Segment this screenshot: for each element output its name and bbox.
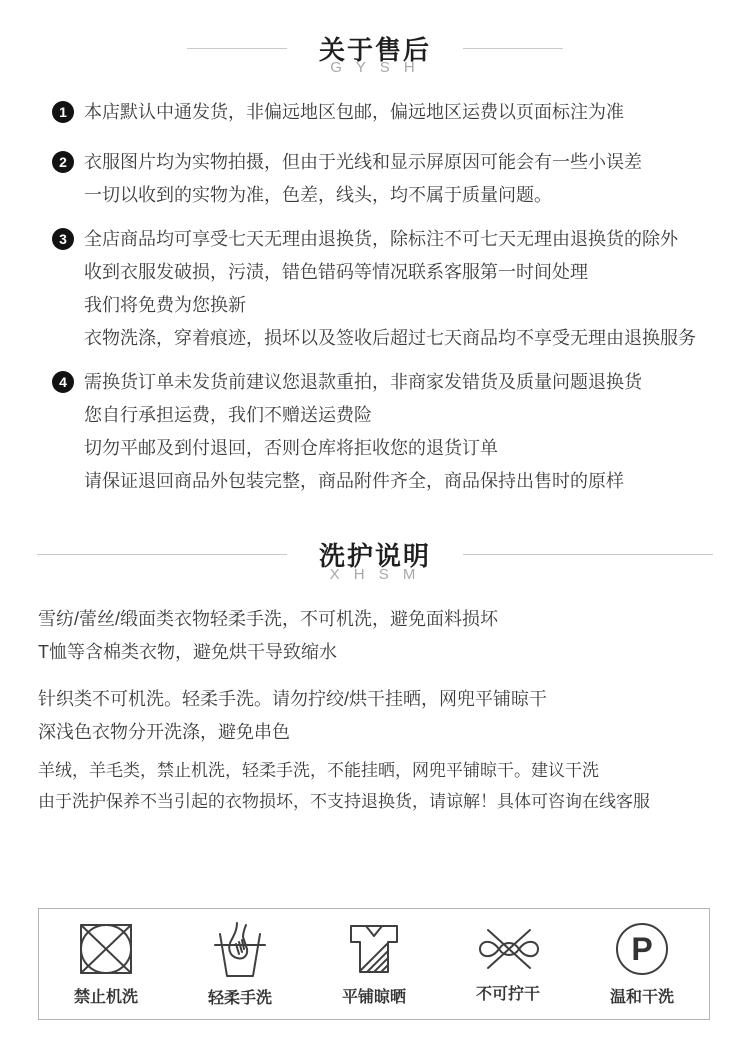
item-line: 切勿平邮及到付退回，否则仓库将拒收您的退货订单 [84,432,642,465]
no-machine-wash-icon [76,921,136,977]
item-line: 一切以收到的实物为准，色差，线头，均不属于质量问题。 [84,179,642,212]
item-line: 本店默认中通发货，非偏远地区包邮，偏远地区运费以页面标注为准 [84,96,624,129]
flat-dry-icon [344,921,404,977]
wash-line: 深浅色衣物分开洗涤，避免串色 [38,716,722,749]
dry-clean-letter: P [631,931,652,967]
care-cell-no-machine-wash: 禁止机洗 [74,921,138,1007]
header-line-left [187,48,287,49]
item-number-badge: 2 [52,151,74,173]
header-line-left [37,554,287,555]
item-line: 衣物洗涤，穿着痕迹，损坏以及签收后超过七天商品均不享受无理由退换服务 [84,322,696,355]
item-line: 请保证退回商品外包装完整，商品附件齐全，商品保持出售时的原样 [84,465,642,498]
item-line: 收到衣服发破损，污渍，错色错码等情况联系客服第一时间处理 [84,256,696,289]
washing-paragraph-3: 羊绒，羊毛类，禁止机洗，轻柔手洗，不能挂晒，网兜平铺晾干。建议干洗 由于洗护保养… [38,755,722,817]
wash-line: T恤等含棉类衣物，避免烘干导致缩水 [38,636,722,669]
item-text: 全店商品均可享受七天无理由退换货，除标注不可七天无理由退换货的除外 收到衣服发破… [84,223,696,355]
washing-subtitle: X H S M [0,566,750,583]
care-cell-no-wring: 不可拧干 [476,924,540,1004]
care-label: 不可拧干 [476,981,540,1004]
washing-paragraph-1: 雪纺/蕾丝/缎面类衣物轻柔手洗，不可机洗，避免面料损坏 T恤等含棉类衣物，避免烘… [38,603,722,669]
wash-line: 由于洗护保养不当引起的衣物损坏，不支持退换货，请谅解！具体可咨询在线客服 [38,786,722,817]
item-line: 衣服图片均为实物拍摄，但由于光线和显示屏原因可能会有一些小误差 [84,146,642,179]
after-sales-item-3: 3 全店商品均可享受七天无理由退换货，除标注不可七天无理由退换货的除外 收到衣服… [52,223,722,355]
care-label: 禁止机洗 [74,984,138,1007]
item-text: 衣服图片均为实物拍摄，但由于光线和显示屏原因可能会有一些小误差 一切以收到的实物… [84,146,642,212]
header-line-right [463,554,713,555]
item-text: 需换货订单未发货前建议您退款重拍，非商家发错货及质量问题退换货 您自行承担运费，… [84,366,642,498]
care-label: 轻柔手洗 [208,985,272,1008]
item-number-badge: 4 [52,371,74,393]
after-sales-item-2: 2 衣服图片均为实物拍摄，但由于光线和显示屏原因可能会有一些小误差 一切以收到的… [52,146,722,212]
wash-line: 雪纺/蕾丝/缎面类衣物轻柔手洗，不可机洗，避免面料损坏 [38,603,722,636]
wash-line: 羊绒，羊毛类，禁止机洗，轻柔手洗，不能挂晒，网兜平铺晾干。建议干洗 [38,755,722,786]
item-line: 需换货订单未发货前建议您退款重拍，非商家发错货及质量问题退换货 [84,366,642,399]
care-symbols-box: 禁止机洗 轻柔手洗 平铺 [38,908,710,1020]
header-line-right [463,48,563,49]
item-line: 全店商品均可享受七天无理由退换货，除标注不可七天无理由退换货的除外 [84,223,696,256]
wash-line: 针织类不可机洗。轻柔手洗。请勿拧绞/烘干挂晒，网兜平铺晾干 [38,683,722,716]
product-after-sales-page: 关于售后 G Y S H 1 本店默认中通发货，非偏远地区包邮，偏远地区运费以页… [0,0,750,1062]
after-sales-item-4: 4 需换货订单未发货前建议您退款重拍，非商家发错货及质量问题退换货 您自行承担运… [52,366,722,498]
care-label: 温和干洗 [610,984,674,1007]
item-line: 我们将免费为您换新 [84,289,696,322]
washing-paragraph-2: 针织类不可机洗。轻柔手洗。请勿拧绞/烘干挂晒，网兜平铺晾干 深浅色衣物分开洗涤，… [38,683,722,749]
after-sales-item-1: 1 本店默认中通发货，非偏远地区包邮，偏远地区运费以页面标注为准 [52,96,722,129]
item-text: 本店默认中通发货，非偏远地区包邮，偏远地区运费以页面标注为准 [84,96,624,129]
care-cell-flat-dry: 平铺晾晒 [342,921,406,1007]
item-number-badge: 3 [52,228,74,250]
mild-dry-clean-icon: P [614,921,670,977]
care-cell-hand-wash: 轻柔手洗 [208,920,272,1008]
item-line: 您自行承担运费，我们不赠送运费险 [84,399,642,432]
no-wring-icon [476,924,540,974]
after-sales-subtitle: G Y S H [0,59,750,76]
hand-wash-icon [210,920,270,978]
care-cell-mild-dry-clean: P 温和干洗 [610,921,674,1007]
care-label: 平铺晾晒 [342,984,406,1007]
item-number-badge: 1 [52,101,74,123]
